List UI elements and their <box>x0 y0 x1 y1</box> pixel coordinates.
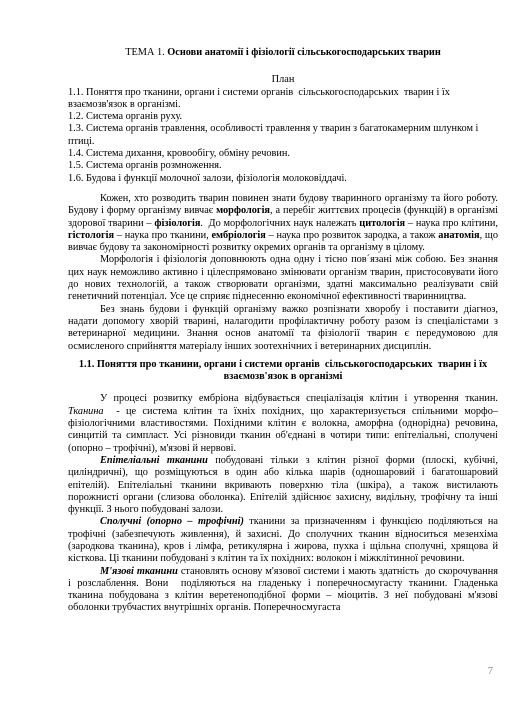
page-content: ТЕМА 1. Основи анатомії і фізіології сіл… <box>68 47 498 615</box>
page-number: 7 <box>488 666 493 677</box>
paragraph-1: Кожен, хто розводить тварин повинен знат… <box>68 193 498 254</box>
paragraph-5: Епітеліальні тканини побудовані тільки з… <box>68 455 498 516</box>
plan-item-2-run: 1.2. Система органів руху. <box>68 111 182 122</box>
section-heading-run: 1.1. Поняття про тканини, органи і систе… <box>79 359 490 382</box>
paragraph-1-run: – наука про розвиток зародка, а також <box>266 230 438 241</box>
plan-item-4: 1.4. Система дихання, кровообігу, обміну… <box>68 148 498 160</box>
plan-item-2: 1.2. Система органів руху. <box>68 111 498 123</box>
paragraph-6-run: Сполучні (опорно – трофічні) <box>100 516 244 527</box>
paragraph-2: Морфологія і фізіологія доповнюють одна … <box>68 254 498 303</box>
paragraph-1-run: морфологія <box>216 205 270 216</box>
plan-heading: План <box>68 74 498 86</box>
plan-item-6: 1.6. Будова і функції молочної залози, ф… <box>68 173 498 185</box>
paragraph-4-run: Тканина <box>68 406 104 417</box>
paragraph-7: М'язові тканини становлять основу м'язов… <box>68 566 498 615</box>
lesson-title: ТЕМА 1. Основи анатомії і фізіології сіл… <box>68 47 498 59</box>
paragraph-1-run: анатомія <box>438 230 479 241</box>
paragraph-1-run: – наука про тканини, <box>114 230 211 241</box>
paragraph-2-run: Морфологія і фізіологія доповнюють одна … <box>68 254 501 302</box>
plan-heading-run: План <box>272 74 295 85</box>
plan-item-3: 1.3. Система органів травлення, особливо… <box>68 123 498 148</box>
plan-item-1: 1.1. Поняття про тканини, органи і систе… <box>68 87 498 112</box>
paragraph-1-run: – наука про клітини, <box>405 218 500 229</box>
document-page: ТЕМА 1. Основи анатомії і фізіології сіл… <box>0 0 508 721</box>
plan-item-6-run: 1.6. Будова і функції молочної залози, ф… <box>68 173 347 184</box>
paragraph-1-run: цитологія <box>359 218 405 229</box>
paragraph-4-run: - це система клітин та їхніх похідних, щ… <box>68 406 501 454</box>
plan-item-4-run: 1.4. Система дихання, кровообігу, обміну… <box>68 148 290 159</box>
plan-item-3-run: 1.3. Система органів травлення, особливо… <box>68 123 481 146</box>
paragraph-1-run: ембріологія <box>211 230 265 241</box>
paragraph-4-run: У процесі розвитку ембріона відбувається… <box>100 393 501 404</box>
paragraph-3: Без знань будови і функцій організму важ… <box>68 304 498 353</box>
paragraph-3-run: Без знань будови і функцій організму важ… <box>68 304 501 352</box>
plan-item-1-run: 1.1. Поняття про тканини, органи і систе… <box>68 87 453 110</box>
paragraph-1-run: гістологія <box>68 230 114 241</box>
paragraph-6: Сполучні (опорно – трофічні) тканини за … <box>68 516 498 565</box>
lesson-title-run: ТЕМА 1. <box>125 47 167 58</box>
paragraph-7-run: М'язові тканини <box>100 566 178 577</box>
paragraph-1-run: фізіологія <box>154 218 200 229</box>
plan-item-5: 1.5. Система органів розмноження. <box>68 160 498 172</box>
plan-item-5-run: 1.5. Система органів розмноження. <box>68 160 222 171</box>
paragraph-4: У процесі розвитку ембріона відбувається… <box>68 393 498 454</box>
paragraph-5-run: Епітеліальні тканини <box>100 455 208 466</box>
lesson-title-run: Основи анатомії і фізіології сільськогос… <box>167 47 441 58</box>
section-heading: 1.1. Поняття про тканини, органи і систе… <box>68 359 498 384</box>
paragraph-1-run: . До морфологічних наук належать <box>200 218 359 229</box>
